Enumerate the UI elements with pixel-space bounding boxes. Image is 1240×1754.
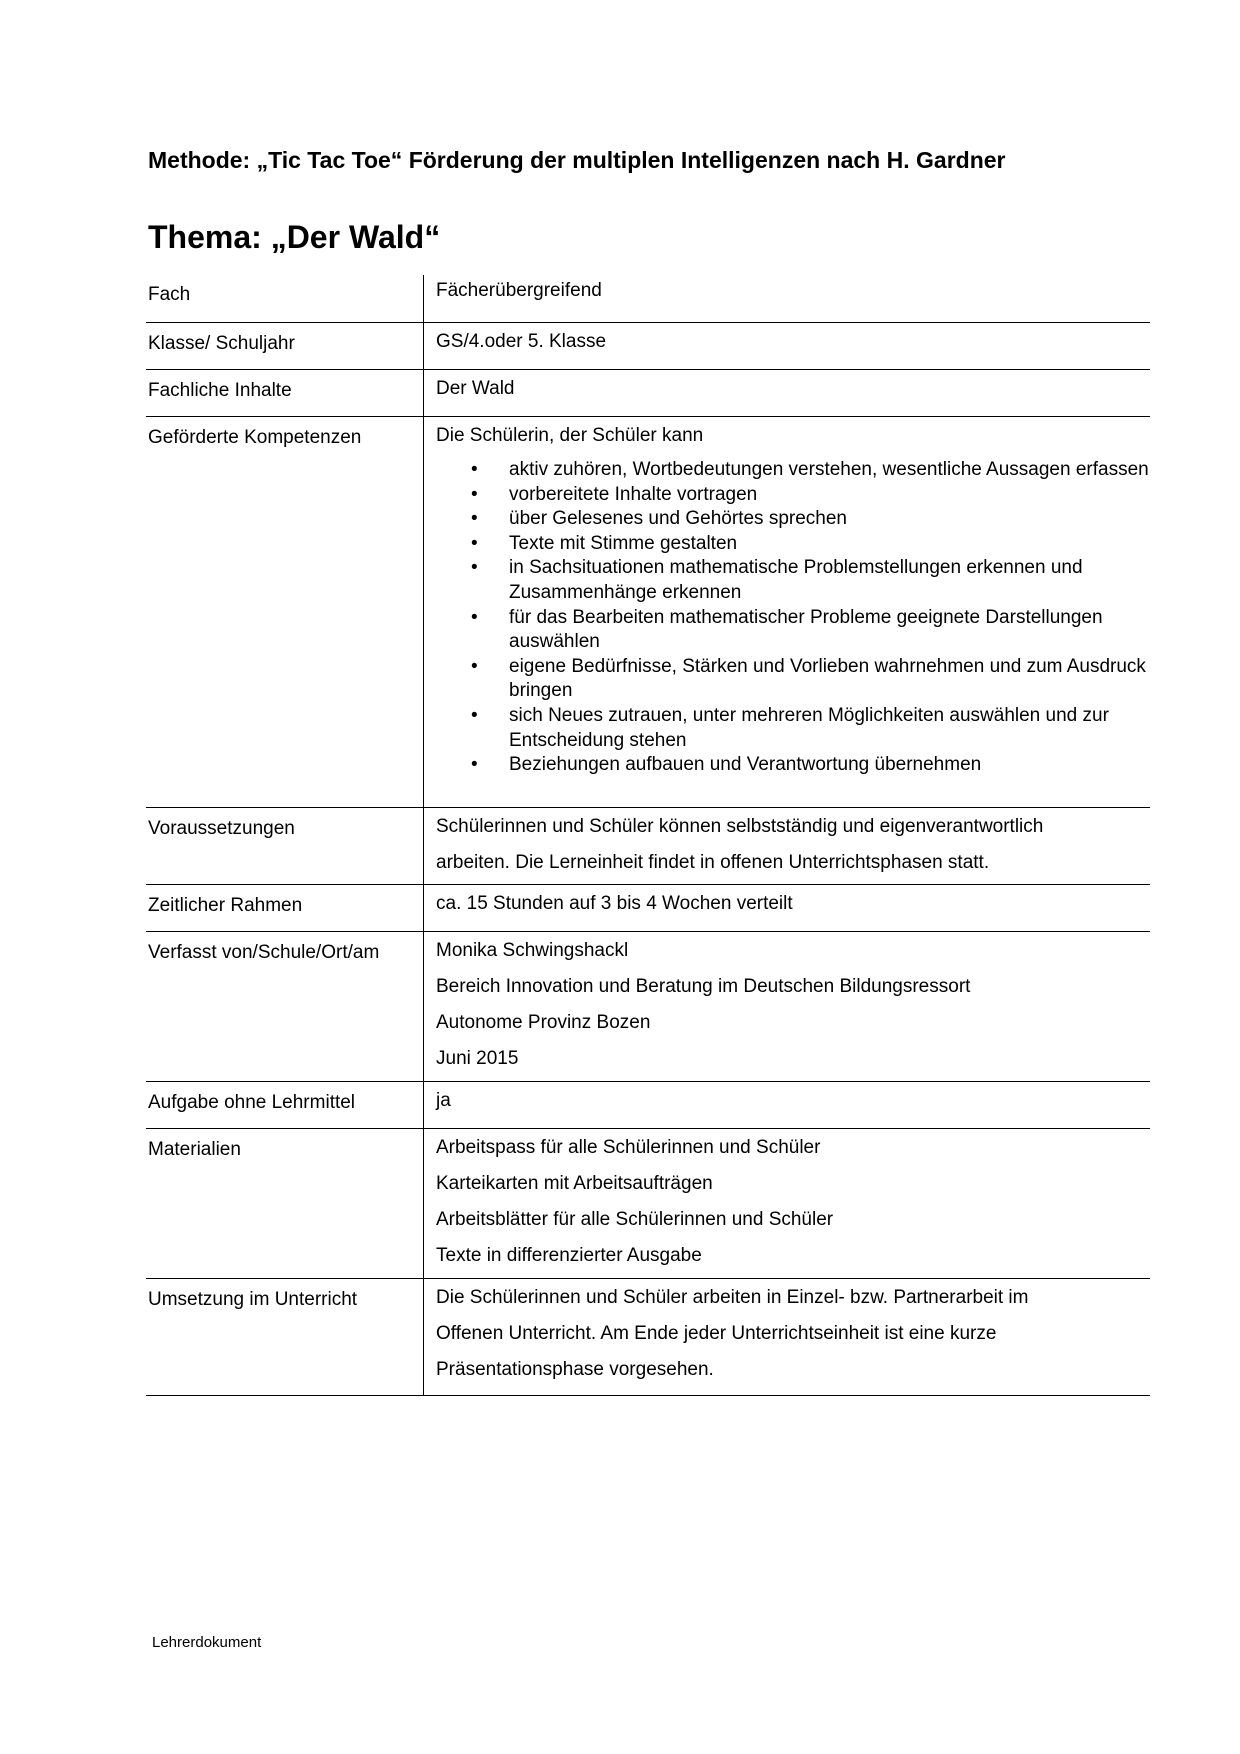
row-value: GS/4.oder 5. Klasse	[424, 323, 1150, 369]
list-item-text: Texte mit Stimme gestalten	[509, 533, 737, 554]
row-label: Verfasst von/Schule/Ort/am	[146, 932, 424, 1081]
list-item-text: sich Neues zutrauen, unter mehreren Mögl…	[509, 705, 1109, 751]
table-row-zeitrahmen: Zeitlicher Rahmen ca. 15 Stunden auf 3 b…	[146, 885, 1150, 932]
competences-list: •aktiv zuhören, Wortbedeutungen verstehe…	[436, 458, 1150, 778]
table-row-klasse: Klasse/ Schuljahr GS/4.oder 5. Klasse	[146, 323, 1150, 370]
list-item: •vorbereitete Inhalte vortragen	[436, 483, 1149, 508]
value-text: Karteikarten mit Arbeitsaufträgen	[436, 1166, 1150, 1202]
row-label: Voraussetzungen	[146, 808, 424, 884]
list-item: •eigene Bedürfnisse, Stärken und Vorlieb…	[436, 655, 1149, 704]
list-item-text: eigene Bedürfnisse, Stärken und Vorliebe…	[509, 656, 1146, 702]
footer-label: Lehrerdokument	[152, 1634, 261, 1651]
label-text: Zeitlicher Rahmen	[148, 895, 423, 917]
list-item-text: aktiv zuhören, Wortbedeutungen verstehen…	[509, 459, 1149, 480]
list-item-text: Beziehungen aufbauen und Verantwortung ü…	[509, 754, 981, 775]
row-label: Geförderte Kompetenzen	[146, 417, 424, 807]
bullet-icon: •	[471, 532, 478, 557]
value-text: arbeiten. Die Lerneinheit findet in offe…	[436, 845, 1150, 881]
table-row-materialien: Materialien Arbeitspass für alle Schüler…	[146, 1129, 1150, 1279]
table-row-inhalte: Fachliche Inhalte Der Wald	[146, 370, 1150, 417]
list-item-text: für das Bearbeiten mathematischer Proble…	[509, 607, 1103, 653]
row-label: Aufgabe ohne Lehrmittel	[146, 1082, 424, 1128]
table-row-kompetenzen: Geförderte Kompetenzen Die Schülerin, de…	[146, 417, 1150, 808]
row-value: ca. 15 Stunden auf 3 bis 4 Wochen vertei…	[424, 885, 1150, 931]
label-text: Klasse/ Schuljahr	[148, 333, 423, 355]
row-value: Monika Schwingshackl Bereich Innovation …	[424, 932, 1150, 1081]
row-label: Fachliche Inhalte	[146, 370, 424, 416]
bullet-icon: •	[471, 458, 478, 483]
value-text: Die Schülerinnen und Schüler arbeiten in…	[436, 1280, 1150, 1316]
row-value: Fächerübergreifend	[424, 275, 1150, 322]
competences-intro: Die Schülerin, der Schüler kann	[436, 418, 1150, 454]
bullet-icon: •	[471, 606, 478, 631]
list-item: •sich Neues zutrauen, unter mehreren Mög…	[436, 704, 1149, 753]
value-text: Juni 2015	[436, 1041, 1150, 1077]
info-table: Fach Fächerübergreifend Klasse/ Schuljah…	[146, 275, 1150, 1396]
value-text: ja	[436, 1083, 1150, 1119]
table-row-voraussetzungen: Voraussetzungen Schülerinnen und Schüler…	[146, 808, 1150, 885]
label-text: Verfasst von/Schule/Ort/am	[148, 942, 423, 964]
value-text: Bereich Innovation und Beratung im Deuts…	[436, 969, 1150, 1005]
bullet-icon: •	[471, 507, 478, 532]
value-text: Autonome Provinz Bozen	[436, 1005, 1150, 1041]
table-row-umsetzung: Umsetzung im Unterricht Die Schülerinnen…	[146, 1279, 1150, 1396]
row-value: Die Schülerin, der Schüler kann •aktiv z…	[424, 417, 1150, 807]
method-title: Methode: „Tic Tac Toe“ Förderung der mul…	[148, 147, 1005, 174]
value-text: Arbeitsblätter für alle Schülerinnen und…	[436, 1202, 1150, 1238]
bullet-icon: •	[471, 556, 478, 581]
row-value: Die Schülerinnen und Schüler arbeiten in…	[424, 1279, 1150, 1395]
row-label: Zeitlicher Rahmen	[146, 885, 424, 931]
list-item: •Beziehungen aufbauen und Verantwortung …	[436, 753, 1149, 778]
list-item-text: über Gelesenes und Gehörtes sprechen	[509, 508, 847, 529]
list-item: •in Sachsituationen mathematische Proble…	[436, 556, 1149, 605]
list-item: •aktiv zuhören, Wortbedeutungen verstehe…	[436, 458, 1149, 483]
value-text: Offenen Unterricht. Am Ende jeder Unterr…	[436, 1316, 1150, 1352]
table-row-lehrmittel: Aufgabe ohne Lehrmittel ja	[146, 1082, 1150, 1129]
label-text: Aufgabe ohne Lehrmittel	[148, 1092, 423, 1114]
value-text: GS/4.oder 5. Klasse	[436, 324, 1150, 360]
row-value: Der Wald	[424, 370, 1150, 416]
value-text: Arbeitspass für alle Schülerinnen und Sc…	[436, 1130, 1150, 1166]
table-row-fach: Fach Fächerübergreifend	[146, 275, 1150, 323]
list-item-text: in Sachsituationen mathematische Problem…	[509, 557, 1083, 603]
row-value: ja	[424, 1082, 1150, 1128]
label-text: Fach	[148, 284, 423, 306]
bullet-icon: •	[471, 704, 478, 729]
value-text: Fächerübergreifend	[436, 273, 1150, 309]
label-text: Voraussetzungen	[148, 818, 423, 840]
row-value: Arbeitspass für alle Schülerinnen und Sc…	[424, 1129, 1150, 1278]
row-label: Materialien	[146, 1129, 424, 1278]
label-text: Umsetzung im Unterricht	[148, 1289, 423, 1311]
label-text: Fachliche Inhalte	[148, 380, 423, 402]
value-text: Texte in differenzierter Ausgabe	[436, 1238, 1150, 1274]
value-text: Präsentationsphase vorgesehen.	[436, 1352, 1150, 1388]
label-text: Geförderte Kompetenzen	[148, 427, 423, 449]
list-item: •Texte mit Stimme gestalten	[436, 532, 1149, 557]
list-item: •für das Bearbeiten mathematischer Probl…	[436, 606, 1149, 655]
row-label: Umsetzung im Unterricht	[146, 1279, 424, 1395]
row-label: Fach	[146, 275, 424, 322]
row-label: Klasse/ Schuljahr	[146, 323, 424, 369]
page-title: Thema: „Der Wald“	[148, 219, 440, 256]
list-item-text: vorbereitete Inhalte vortragen	[509, 484, 757, 505]
value-text: Monika Schwingshackl	[436, 933, 1150, 969]
value-text: Schülerinnen und Schüler können selbstst…	[436, 809, 1150, 845]
bullet-icon: •	[471, 655, 478, 680]
label-text: Materialien	[148, 1139, 423, 1161]
table-row-verfasst: Verfasst von/Schule/Ort/am Monika Schwin…	[146, 932, 1150, 1082]
bullet-icon: •	[471, 483, 478, 508]
bullet-icon: •	[471, 753, 478, 778]
row-value: Schülerinnen und Schüler können selbstst…	[424, 808, 1150, 884]
value-text: Der Wald	[436, 371, 1150, 407]
value-text: ca. 15 Stunden auf 3 bis 4 Wochen vertei…	[436, 886, 1150, 922]
list-item: •über Gelesenes und Gehörtes sprechen	[436, 507, 1149, 532]
